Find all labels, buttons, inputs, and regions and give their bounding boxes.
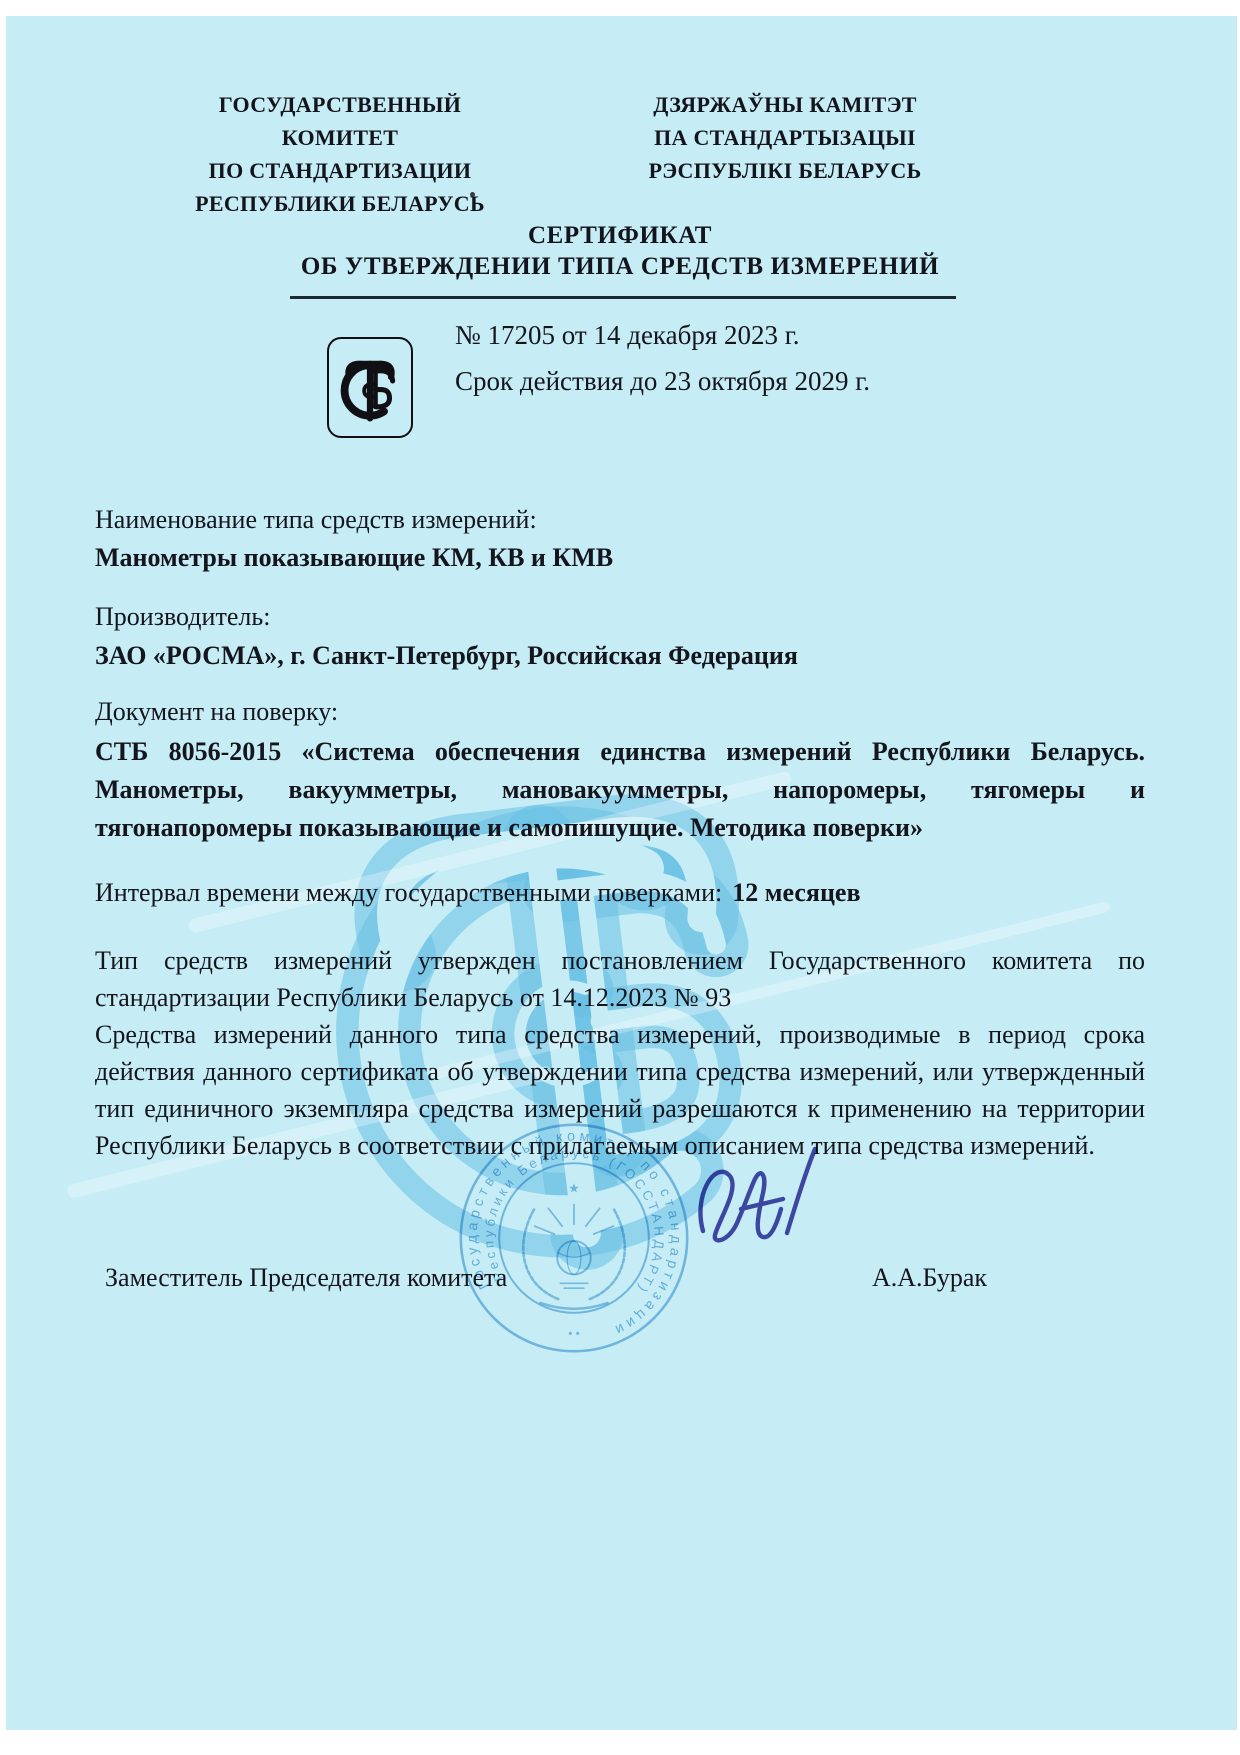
stb-monogram-icon xyxy=(331,341,409,435)
header-right-line: ДЗЯРЖАЎНЫ КАМІТЭТ xyxy=(628,88,942,121)
header-right-line: РЭСПУБЛІКІ БЕЛАРУСЬ xyxy=(628,154,942,187)
svg-text:★: ★ xyxy=(568,1182,579,1197)
type-name-label: Наименование типа средств измерений: xyxy=(95,503,537,537)
header-right: ДЗЯРЖАЎНЫ КАМІТЭТ ПА СТАНДАРТЫЗАЦЫІ РЭСП… xyxy=(628,88,942,187)
verification-doc-label: Документ на поверку: xyxy=(95,695,338,729)
stamp-coat-of-arms-icon: ★ xyxy=(523,1182,625,1309)
manufacturer-value: ЗАО «РОСМА», г. Санкт-Петербург, Российс… xyxy=(95,639,798,673)
manufacturer-label: Производитель: xyxy=(95,600,270,634)
official-stamp: Государственный комитет по стандартизаци… xyxy=(448,1112,700,1364)
stamp-separator-dots: • • xyxy=(568,1326,580,1340)
signatory-name: А.А.Бурак xyxy=(872,1261,987,1295)
stray-dot xyxy=(470,192,475,197)
header-left-line: ПО СТАНДАРТИЗАЦИИ xyxy=(160,154,520,187)
header-left-line: ГОСУДАРСТВЕННЫЙ КОМИТЕТ xyxy=(160,88,520,154)
certificate-title-line: ОБ УТВЕРЖДЕНИИ ТИПА СРЕДСТВ ИЗМЕРЕНИЙ xyxy=(95,251,1145,282)
header-left: ГОСУДАРСТВЕННЫЙ КОМИТЕТ ПО СТАНДАРТИЗАЦИ… xyxy=(160,88,520,220)
approval-paragraph: Тип средств измерений утвержден постанов… xyxy=(95,942,1145,1016)
title-underline xyxy=(290,296,956,299)
header-left-line: РЕСПУБЛИКИ БЕЛАРУСЬ xyxy=(160,187,520,220)
verification-doc-value: СТБ 8056-2015 «Система обеспечения единс… xyxy=(95,733,1145,847)
header-right-line: ПА СТАНДАРТЫЗАЦЫІ xyxy=(628,121,942,154)
verification-interval-value: 12 месяцев xyxy=(732,878,860,907)
verification-interval-label: Интервал времени между государственными … xyxy=(95,878,722,907)
certificate-title: СЕРТИФИКАТ ОБ УТВЕРЖДЕНИИ ТИПА СРЕДСТВ И… xyxy=(95,220,1145,282)
signatory-position: Заместитель Председателя комитета xyxy=(105,1261,507,1295)
signature-ink xyxy=(685,1135,840,1265)
certificate-number: № 17205 от 14 декабря 2023 г. xyxy=(455,318,800,352)
certificate-page: ГОСУДАРСТВЕННЫЙ КОМИТЕТ ПО СТАНДАРТИЗАЦИ… xyxy=(0,0,1240,1755)
type-name-value: Манометры показывающие КМ, КВ и КМВ xyxy=(95,541,613,575)
verification-interval: Интервал времени между государственными … xyxy=(95,876,861,910)
stb-logo xyxy=(327,337,413,438)
validity-period: Срок действия до 23 октября 2029 г. xyxy=(455,364,870,398)
certificate-title-line: СЕРТИФИКАТ xyxy=(95,220,1145,251)
